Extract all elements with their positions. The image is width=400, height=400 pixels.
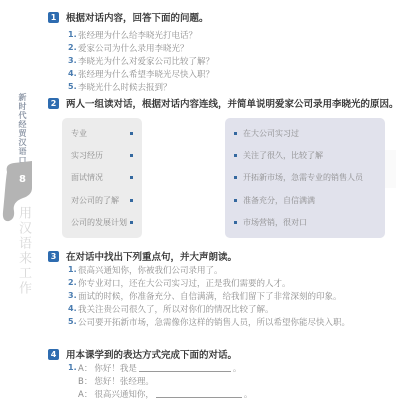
match-right-label: 开拓新市场，急需专业的销售人员 <box>243 172 363 183</box>
question-number: 3. <box>68 56 78 65</box>
dialogue-speaker: A： <box>78 362 92 374</box>
match-left-item[interactable]: 面试情况 <box>71 167 133 189</box>
question-item: 1. 张经理为什么给李晓光打电话？ <box>68 28 214 41</box>
dialogue-text: 您好！张经理。 <box>94 375 154 387</box>
bullet-icon[interactable] <box>234 132 237 135</box>
bullet-icon[interactable] <box>234 176 237 179</box>
section-2-header: 2 两人一组读对话，根据对话内容连线，并简单说明爱家公司录用李晓光的原因。 <box>48 96 399 110</box>
section-1-question-list: 1. 张经理为什么给李晓光打电话？ 2. 爱家公司为什么录用李晓光？ 3. 李晓… <box>68 28 214 93</box>
section-2-number-badge: 2 <box>48 98 59 109</box>
match-left-label: 专业 <box>71 128 87 139</box>
match-right-item[interactable]: 开拓新市场，急需专业的销售人员 <box>234 167 376 189</box>
match-right-item[interactable]: 关注了很久，比较了解 <box>234 144 376 166</box>
match-right-item[interactable]: 准备充分，自信满满 <box>234 189 376 211</box>
dialogue-speaker: A： <box>78 388 92 400</box>
bullet-icon[interactable] <box>130 154 133 157</box>
section-1-number-badge: 1 <box>48 12 59 23</box>
sentence-item: 1. 很高兴通知你，你被我们公司录用了。 <box>68 263 350 276</box>
question-item: 5. 李晓光什么时候去报到？ <box>68 80 214 93</box>
question-number: 4. <box>68 69 78 78</box>
dialogue-exercise: 1. A： 你好！我是 。 B： 您好！张经理。 A： 很高兴通知你， 。 <box>68 361 252 400</box>
dialogue-text: 很高兴通知你， <box>94 388 154 400</box>
sentence-item: 4. 我关注贵公司很久了，所以对你们的情况比较了解。 <box>68 302 350 315</box>
question-text: 张经理为什么希望李晓光尽快入职？ <box>78 68 214 80</box>
bullet-icon[interactable] <box>234 199 237 202</box>
match-left-item[interactable]: 对公司的了解 <box>71 189 133 211</box>
dialogue-line: B： 您好！张经理。 <box>68 374 252 387</box>
dialogue-speaker: B： <box>78 375 92 387</box>
sentence-text: 很高兴通知你，你被我们公司录用了。 <box>78 264 223 276</box>
match-right-label: 准备充分，自信满满 <box>243 195 315 206</box>
sentence-number: 4. <box>68 304 78 313</box>
match-left-label: 公司的发展计划 <box>71 217 127 228</box>
sentence-item: 5. 公司要开拓新市场，急需像你这样的销售人员，所以希望你能尽快入职。 <box>68 315 350 328</box>
bullet-icon[interactable] <box>130 176 133 179</box>
bullet-icon[interactable] <box>130 132 133 135</box>
dialogue-number: 1. <box>68 363 78 372</box>
question-text: 李晓光为什么对爱家公司比较了解？ <box>78 55 214 67</box>
question-item: 3. 李晓光为什么对爱家公司比较了解？ <box>68 54 214 67</box>
dialogue-line: 1. A： 你好！我是 。 <box>68 361 252 374</box>
match-right-box: 在大公司实习过 关注了很久，比较了解 开拓新市场，急需专业的销售人员 准备充分，… <box>225 118 385 238</box>
match-left-label: 面试情况 <box>71 172 103 183</box>
sentence-number: 1. <box>68 265 78 274</box>
bullet-icon[interactable] <box>234 221 237 224</box>
match-left-item[interactable]: 公司的发展计划 <box>71 212 133 234</box>
match-right-label: 关注了很久，比较了解 <box>243 150 323 161</box>
dialogue-tail: 。 <box>244 388 253 400</box>
lesson-title: 用汉语来工作 <box>14 206 33 296</box>
sentence-number: 2. <box>68 278 78 287</box>
match-left-item[interactable]: 专业 <box>71 122 133 144</box>
question-item: 4. 张经理为什么希望李晓光尽快入职？ <box>68 67 214 80</box>
fill-in-blank[interactable] <box>156 389 242 398</box>
match-right-item[interactable]: 在大公司实习过 <box>234 122 376 144</box>
match-left-label: 实习经历 <box>71 150 103 161</box>
match-right-item[interactable]: 市场营销，很对口 <box>234 212 376 234</box>
section-1-heading: 根据对话内容，回答下面的问题。 <box>66 10 209 24</box>
sentence-text: 我关注贵公司很久了，所以对你们的情况比较了解。 <box>78 303 274 315</box>
question-text: 张经理为什么给李晓光打电话？ <box>78 29 197 41</box>
sentence-item: 3. 面试的时候，你准备充分、自信满满，给我们留下了非常深刻的印象。 <box>68 289 350 302</box>
question-number: 1. <box>68 30 78 39</box>
dialogue-tail: 。 <box>233 362 242 374</box>
section-4-header: 4 用本课学到的表达方式完成下面的对话。 <box>48 347 237 361</box>
question-text: 爱家公司为什么录用李晓光？ <box>78 42 189 54</box>
section-1-header: 1 根据对话内容，回答下面的问题。 <box>48 10 209 24</box>
sentence-item: 2. 你专业对口，还在大公司实习过，正是我们需要的人才。 <box>68 276 350 289</box>
bullet-icon[interactable] <box>234 154 237 157</box>
match-left-label: 对公司的了解 <box>71 195 119 206</box>
sentence-text: 公司要开拓新市场，急需像你这样的销售人员，所以希望你能尽快入职。 <box>78 316 350 328</box>
question-item: 2. 爱家公司为什么录用李晓光？ <box>68 41 214 54</box>
section-4-heading: 用本课学到的表达方式完成下面的对话。 <box>66 347 237 361</box>
unit-number: 8 <box>19 174 26 185</box>
section-4-number-badge: 4 <box>48 349 59 360</box>
section-3-number-badge: 3 <box>48 251 59 262</box>
sentence-number: 3. <box>68 291 78 300</box>
section-3-heading: 在对话中找出下列重点句，并大声朗读。 <box>66 249 237 263</box>
sentence-text: 面试的时候，你准备充分、自信满满，给我们留下了非常深刻的印象。 <box>78 290 342 302</box>
section-3-header: 3 在对话中找出下列重点句，并大声朗读。 <box>48 249 237 263</box>
match-right-label: 在大公司实习过 <box>243 128 299 139</box>
question-number: 5. <box>68 82 78 91</box>
sentence-text: 你专业对口，还在大公司实习过，正是我们需要的人才。 <box>78 277 291 289</box>
section-3-sentence-list: 1. 很高兴通知你，你被我们公司录用了。 2. 你专业对口，还在大公司实习过，正… <box>68 263 350 328</box>
section-2-heading: 两人一组读对话，根据对话内容连线，并简单说明爱家公司录用李晓光的原因。 <box>66 96 399 110</box>
bullet-icon[interactable] <box>130 199 133 202</box>
match-right-label: 市场营销，很对口 <box>243 217 307 228</box>
dialogue-line: A： 很高兴通知你， 。 <box>68 387 252 400</box>
match-left-item[interactable]: 实习经历 <box>71 144 133 166</box>
sentence-number: 5. <box>68 317 78 326</box>
question-text: 李晓光什么时候去报到？ <box>78 81 172 93</box>
dialogue-text: 你好！我是 <box>94 362 137 374</box>
fill-in-blank[interactable] <box>139 363 231 372</box>
match-left-box: 专业 实习经历 面试情况 对公司的了解 公司的发展计划 <box>62 118 142 238</box>
question-number: 2. <box>68 43 78 52</box>
bullet-icon[interactable] <box>130 221 133 224</box>
